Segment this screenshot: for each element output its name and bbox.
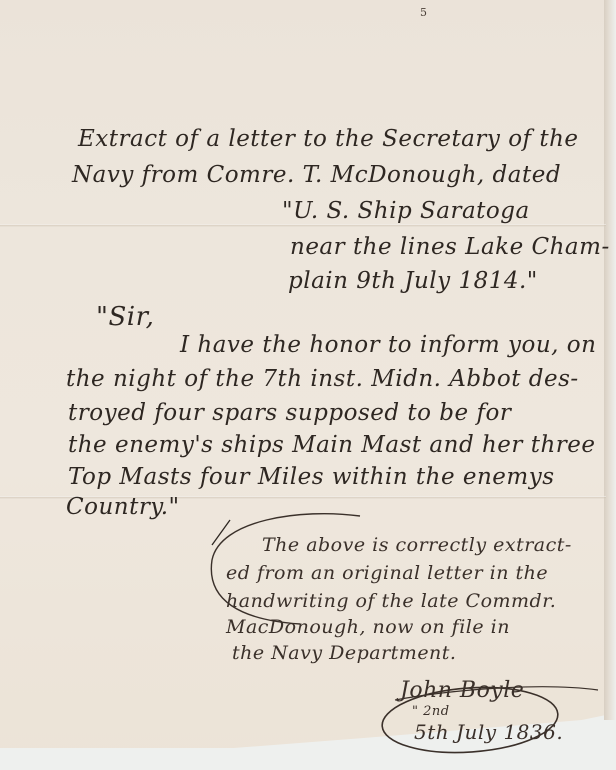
- heading-line-1: Extract of a letter to the Secretary of …: [78, 126, 579, 152]
- certification-line-4: MacDonough, now on file in: [226, 616, 510, 638]
- certification-line-5: the Navy Department.: [232, 642, 456, 664]
- body-line-4: the enemy's ships Main Mast and her thre…: [68, 432, 596, 458]
- fold-line-upper: [0, 224, 606, 227]
- signature-name: John Boyle: [400, 678, 524, 703]
- scanner-background: [0, 748, 616, 770]
- signature-date-line-1: " 2nd: [412, 704, 450, 719]
- signature-date-line-2: 5th July 1836.: [414, 720, 563, 744]
- body-line-5: Top Masts four Miles within the enemys: [68, 464, 555, 490]
- dateline-line-1: "U. S. Ship Saratoga: [282, 198, 530, 224]
- dateline-line-3: plain 9th July 1814.": [288, 268, 538, 294]
- body-line-3: troyed four spars supposed to be for: [68, 400, 511, 426]
- salutation: "Sir,: [96, 302, 154, 332]
- corner-mark: 5: [420, 6, 427, 19]
- certification-line-2: ed from an original letter in the: [226, 562, 548, 584]
- heading-line-2: Navy from Comre. T. McDonough, dated: [72, 162, 561, 188]
- body-line-2: the night of the 7th inst. Midn. Abbot d…: [66, 366, 579, 392]
- dateline-line-2: near the lines Lake Cham-: [290, 234, 610, 260]
- paper-right-edge: [604, 0, 616, 720]
- certification-line-1: The above is correctly extract-: [262, 534, 572, 556]
- body-line-6: Country.": [66, 494, 180, 520]
- certification-line-3: handwriting of the late Commdr.: [226, 590, 556, 612]
- body-line-1: I have the honor to inform you, on: [180, 332, 596, 358]
